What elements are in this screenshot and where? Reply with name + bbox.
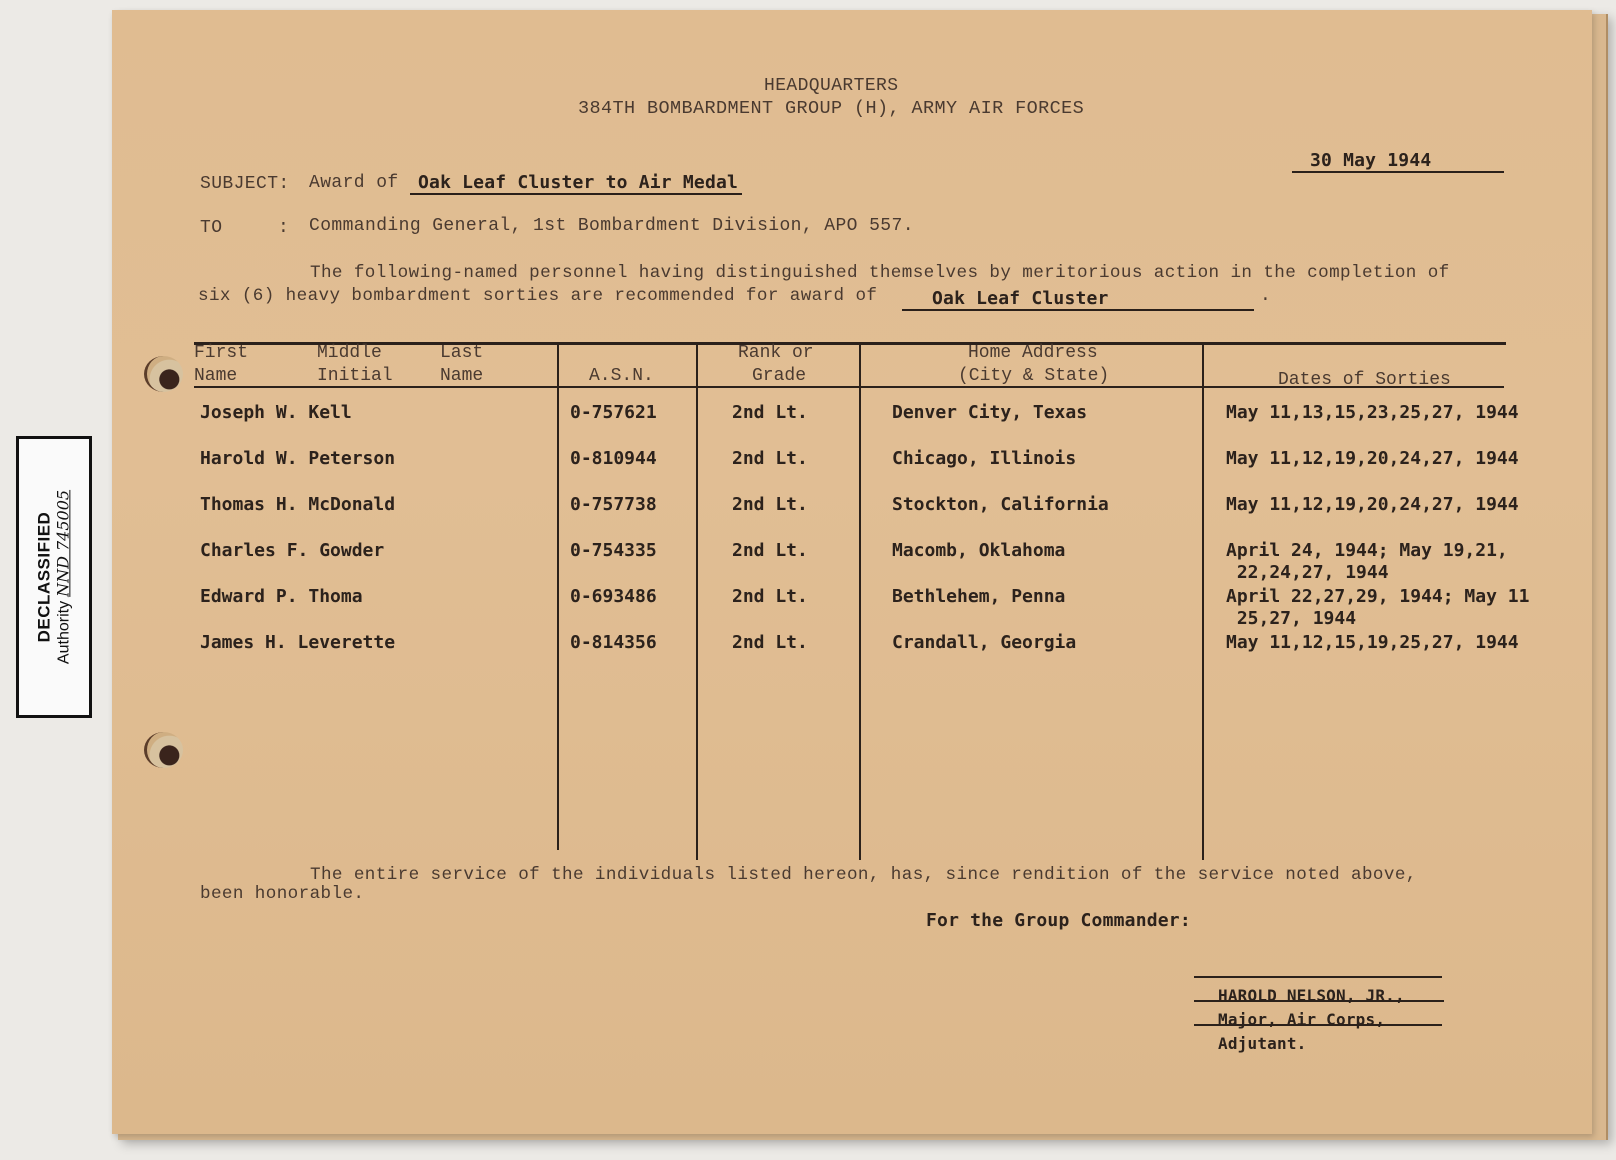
to-colon: : [278,218,289,238]
hole-punch-bottom [144,732,183,768]
row-asn: 0-757621 [570,402,657,423]
declassified-stamp: DECLASSIFIED AuthorityNND 745005 [16,436,92,718]
row-asn: 0-757738 [570,494,657,515]
table-row: Harold W. Peterson 0-810944 2nd Lt. Chic… [112,448,1592,472]
header-first-name-1: First [194,343,248,363]
header-asn: A.S.N. [589,366,654,386]
intro-award-value: Oak Leaf Cluster [902,288,1254,311]
subject-value: Oak Leaf Cluster to Air Medal [410,172,742,195]
row-asn: 0-810944 [570,448,657,469]
to-value: Commanding General, 1st Bombardment Divi… [309,216,914,236]
stamp-title: DECLASSIFIED [35,490,54,664]
subject-prefix: Award of [309,173,399,193]
header-last-name-2: Name [440,366,483,386]
row-rank: 2nd Lt. [732,494,808,515]
table-row: Thomas H. McDonald 0-757738 2nd Lt. Stoc… [112,494,1592,518]
table-row: Joseph W. Kell 0-757621 2nd Lt. Denver C… [112,402,1592,426]
header-middle-initial-1: Middle [317,343,382,363]
row-name: Harold W. Peterson [200,448,395,469]
signature-role: Adjutant. [1218,1034,1307,1053]
row-rank: 2nd Lt. [732,632,808,653]
row-address: Stockton, California [892,494,1109,515]
table-row: Charles F. Gowder 0-754335 2nd Lt. Macom… [112,540,1592,564]
table-row: Edward P. Thoma 0-693486 2nd Lt. Bethleh… [112,586,1592,610]
intro-line-2-suffix: . [1260,286,1271,306]
closing-line-2: been honorable. [200,884,364,904]
subject-label: SUBJECT: [200,174,290,194]
row-dates: April 24, 1944; May 19,21, 22,24,27, 194… [1226,540,1508,584]
row-address: Bethlehem, Penna [892,586,1065,607]
signature-for-line: For the Group Commander: [926,910,1191,931]
row-dates: May 11,13,15,23,25,27, 1944 [1226,402,1519,424]
header-address-2: (City & State) [958,366,1109,386]
row-name: Thomas H. McDonald [200,494,395,515]
stamp-authority-value: NND 745005 [53,490,72,597]
header-line-1: HEADQUARTERS [764,76,898,96]
row-rank: 2nd Lt. [732,586,808,607]
to-label: TO [200,218,222,238]
signature-name-strike [1194,1000,1444,1002]
signature-title-strike [1194,1024,1442,1026]
row-address: Crandall, Georgia [892,632,1076,653]
row-address: Chicago, Illinois [892,448,1076,469]
signature-name: HAROLD NELSON, JR., [1218,986,1405,1005]
header-dates: Dates of Sorties [1278,370,1451,390]
document-page: HEADQUARTERS 384TH BOMBARDMENT GROUP (H)… [112,10,1592,1134]
stamp-authority-label: Authority [55,601,72,664]
row-rank: 2nd Lt. [732,402,808,423]
hole-punch-top [144,356,183,392]
row-name: James H. Leverette [200,632,395,653]
header-first-name-2: Name [194,366,237,386]
row-address: Denver City, Texas [892,402,1087,423]
header-last-name-1: Last [440,343,483,363]
header-address-1: Home Address [968,343,1098,363]
row-asn: 0-754335 [570,540,657,561]
row-asn: 0-693486 [570,586,657,607]
intro-line-2-prefix: six (6) heavy bombardment sorties are re… [198,286,877,306]
table-row: James H. Leverette 0-814356 2nd Lt. Cran… [112,632,1592,656]
row-dates: April 22,27,29, 1944; May 11 25,27, 1944 [1226,586,1529,630]
header-middle-initial-2: Initial [317,366,393,386]
row-address: Macomb, Oklahoma [892,540,1065,561]
signature-line [1194,976,1442,978]
row-dates: May 11,12,19,20,24,27, 1944 [1226,494,1519,516]
document-date: 30 May 1944 [1310,150,1431,171]
row-asn: 0-814356 [570,632,657,653]
stamp-authority: AuthorityNND 745005 [54,490,73,664]
row-rank: 2nd Lt. [732,540,808,561]
row-rank: 2nd Lt. [732,448,808,469]
row-dates: May 11,12,15,19,25,27, 1944 [1226,632,1519,654]
intro-line-1: The following-named personnel having dis… [310,263,1450,283]
header-rank-2: Grade [752,366,806,386]
row-dates: May 11,12,19,20,24,27, 1944 [1226,448,1519,470]
date-underline [1292,171,1504,173]
row-name: Charles F. Gowder [200,540,384,561]
row-name: Joseph W. Kell [200,402,352,423]
closing-line-1: The entire service of the individuals li… [310,865,1417,885]
header-rank-1: Rank or [738,343,814,363]
header-line-2: 384TH BOMBARDMENT GROUP (H), ARMY AIR FO… [578,98,1084,119]
table-top-rule [194,342,1506,345]
signature-title: Major, Air Corps, [1218,1010,1385,1029]
row-name: Edward P. Thoma [200,586,363,607]
